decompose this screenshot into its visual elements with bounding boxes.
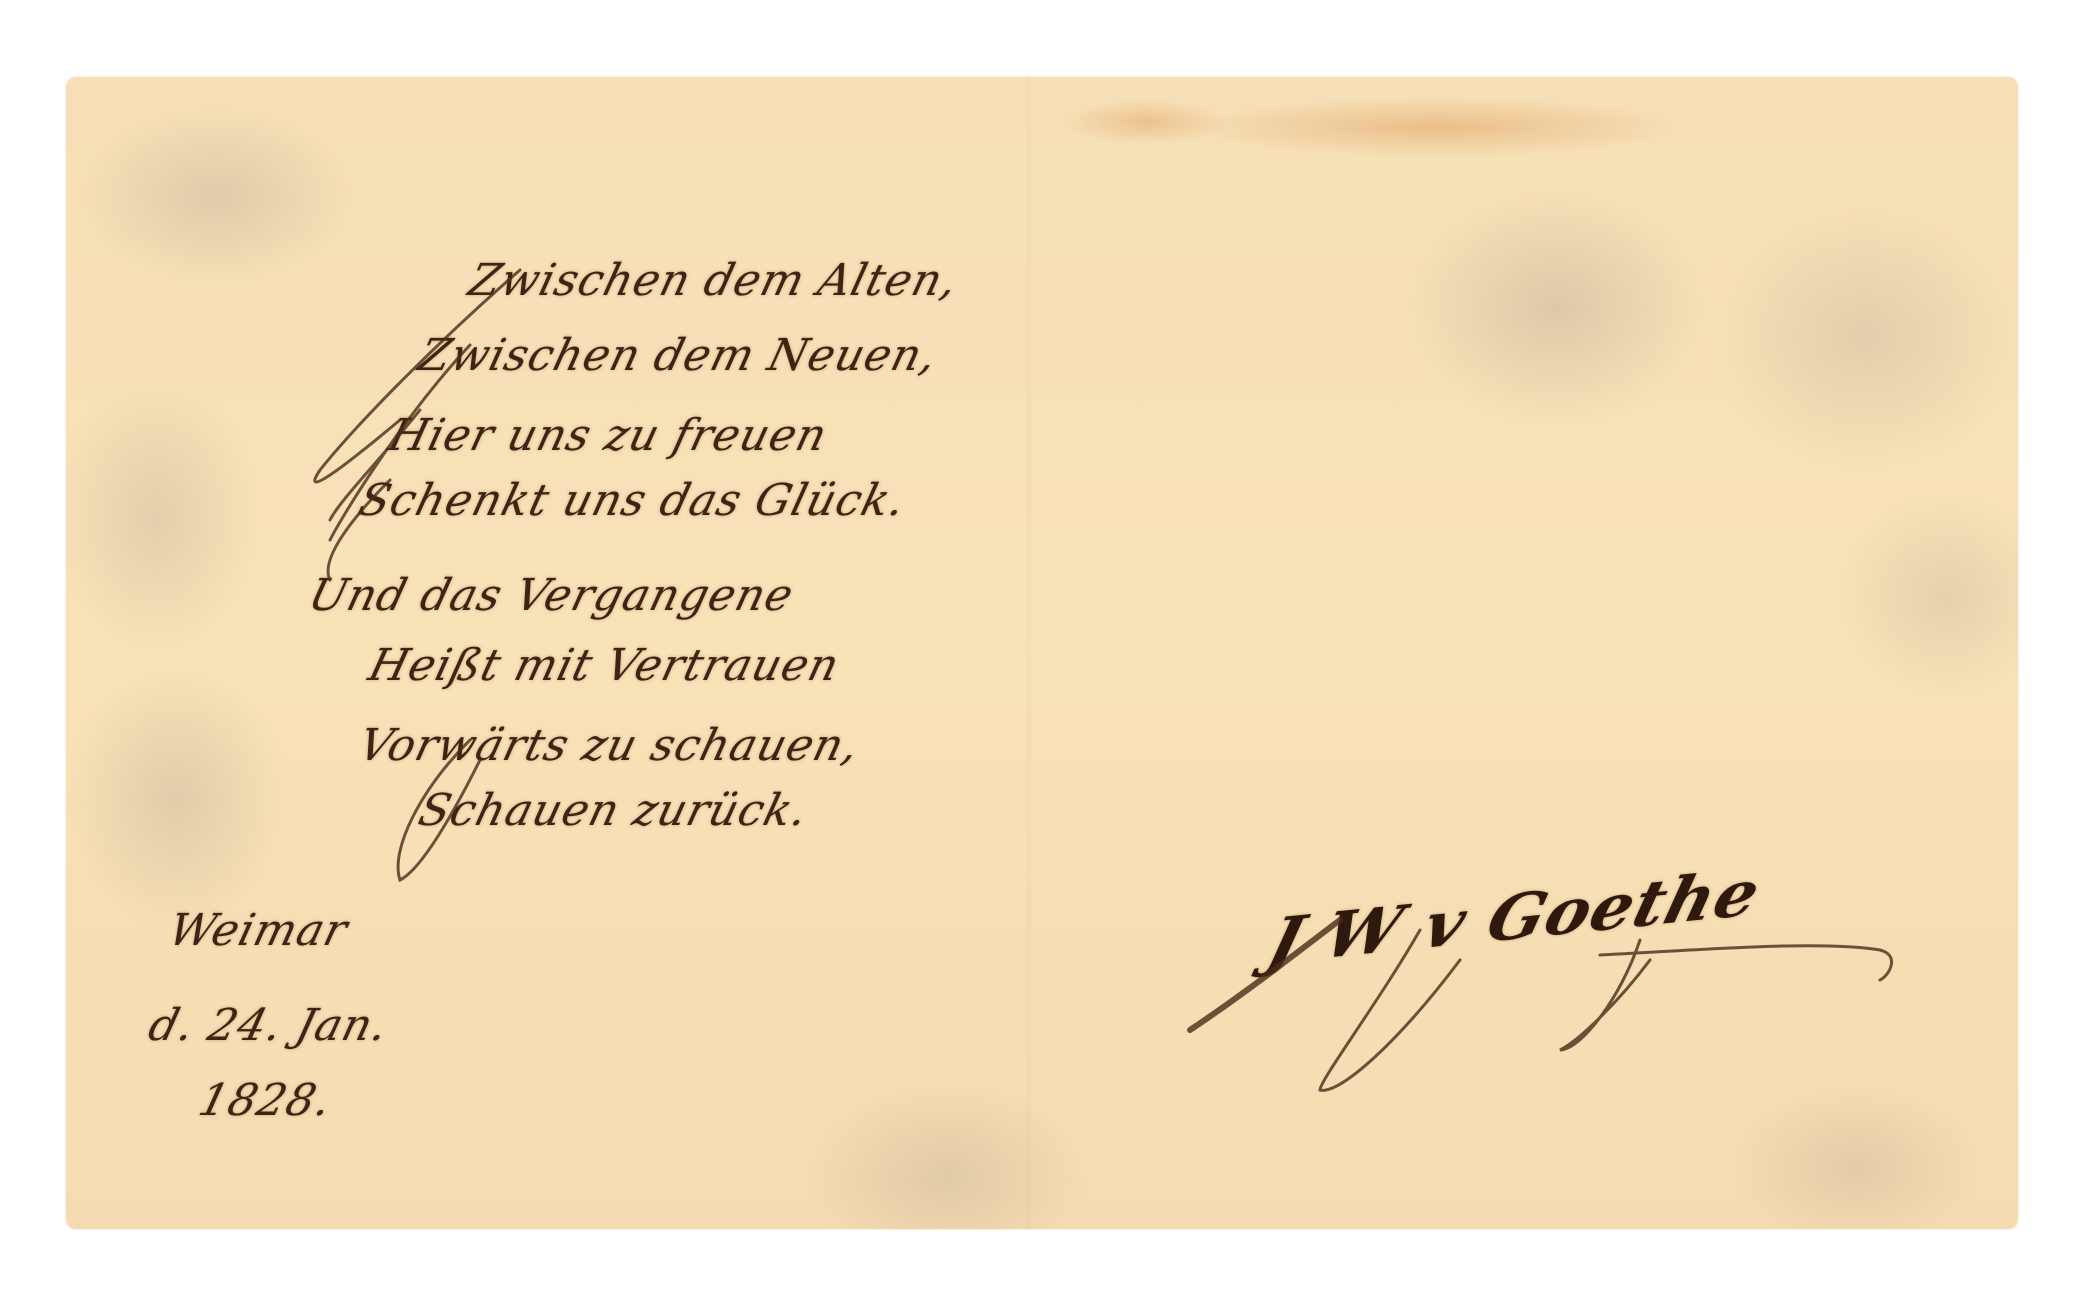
poem-line: Zwischen dem Neuen, xyxy=(414,330,943,381)
poem-line: Zwischen dem Alten, xyxy=(464,255,964,306)
year: 1828. xyxy=(194,1075,338,1126)
poem-line: Schauen zurück. xyxy=(414,785,814,836)
date: d. 24. Jan. xyxy=(144,1000,394,1051)
place: Weimar xyxy=(164,905,353,956)
poem-line: Heißt mit Vertrauen xyxy=(364,640,845,691)
poem-line: Vorwärts zu schauen, xyxy=(354,720,865,771)
poem-line: Schenkt uns das Glück. xyxy=(354,475,912,526)
poem-line: Hier uns zu freuen xyxy=(384,410,833,461)
poem-line: Und das Vergangene xyxy=(304,570,799,621)
manuscript-sheet xyxy=(66,77,2018,1229)
